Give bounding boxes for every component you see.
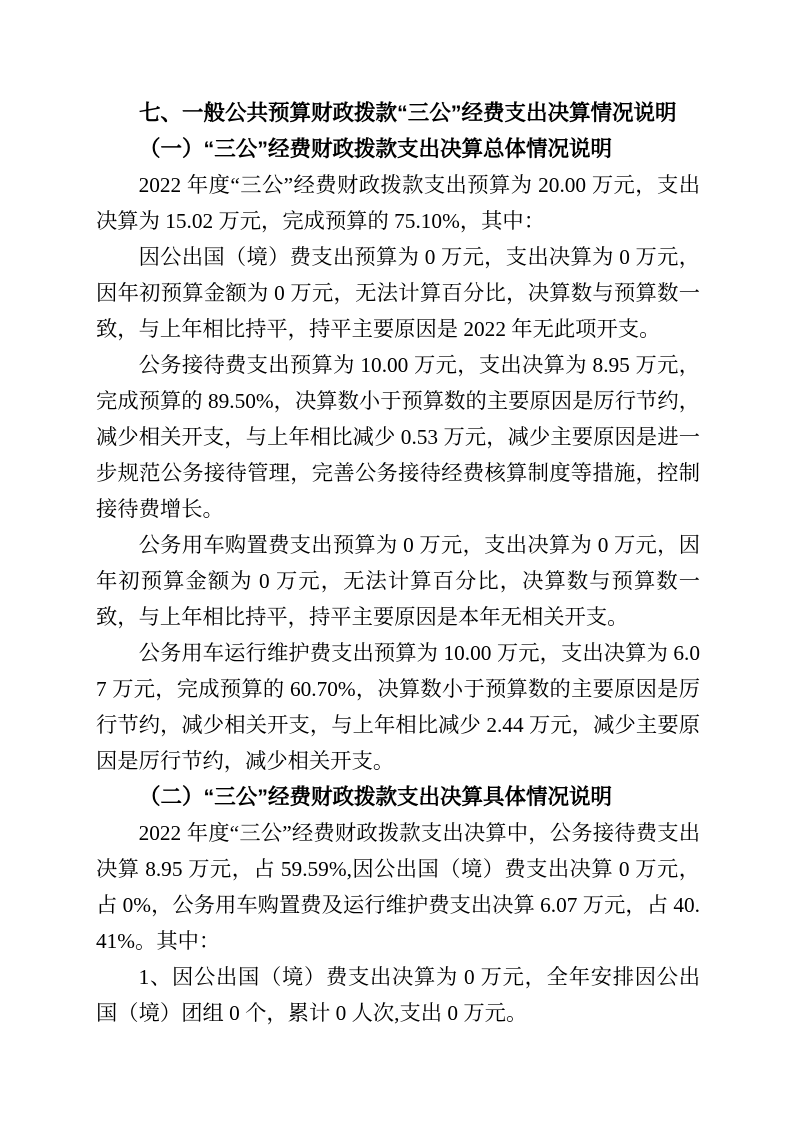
body-paragraph: 2022 年度“三公”经费财政拨款支出预算为 20.00 万元，支出决算为 15… [96, 167, 700, 239]
body-paragraph: 1、因公出国（境）费支出决算为 0 万元，全年安排因公出国（境）团组 0 个，累… [96, 959, 700, 1031]
section-heading: （二）“三公”经费财政拨款支出决算具体情况说明 [96, 779, 700, 815]
section-heading: 七、一般公共预算财政拨款“三公”经费支出决算情况说明 [96, 95, 700, 131]
body-paragraph: 公务用车运行维护费支出预算为 10.00 万元，支出决算为 6.07 万元，完成… [96, 635, 700, 779]
document-body: 七、一般公共预算财政拨款“三公”经费支出决算情况说明（一）“三公”经费财政拨款支… [96, 95, 700, 1031]
body-paragraph: 公务接待费支出预算为 10.00 万元，支出决算为 8.95 万元，完成预算的 … [96, 347, 700, 527]
body-paragraph: 2022 年度“三公”经费财政拨款支出决算中，公务接待费支出决算 8.95 万元… [96, 815, 700, 959]
section-heading: （一）“三公”经费财政拨款支出决算总体情况说明 [96, 131, 700, 167]
body-paragraph: 公务用车购置费支出预算为 0 万元，支出决算为 0 万元，因年初预算金额为 0 … [96, 527, 700, 635]
document-page: 七、一般公共预算财政拨款“三公”经费支出决算情况说明（一）“三公”经费财政拨款支… [0, 0, 793, 1122]
body-paragraph: 因公出国（境）费支出预算为 0 万元，支出决算为 0 万元，因年初预算金额为 0… [96, 239, 700, 347]
